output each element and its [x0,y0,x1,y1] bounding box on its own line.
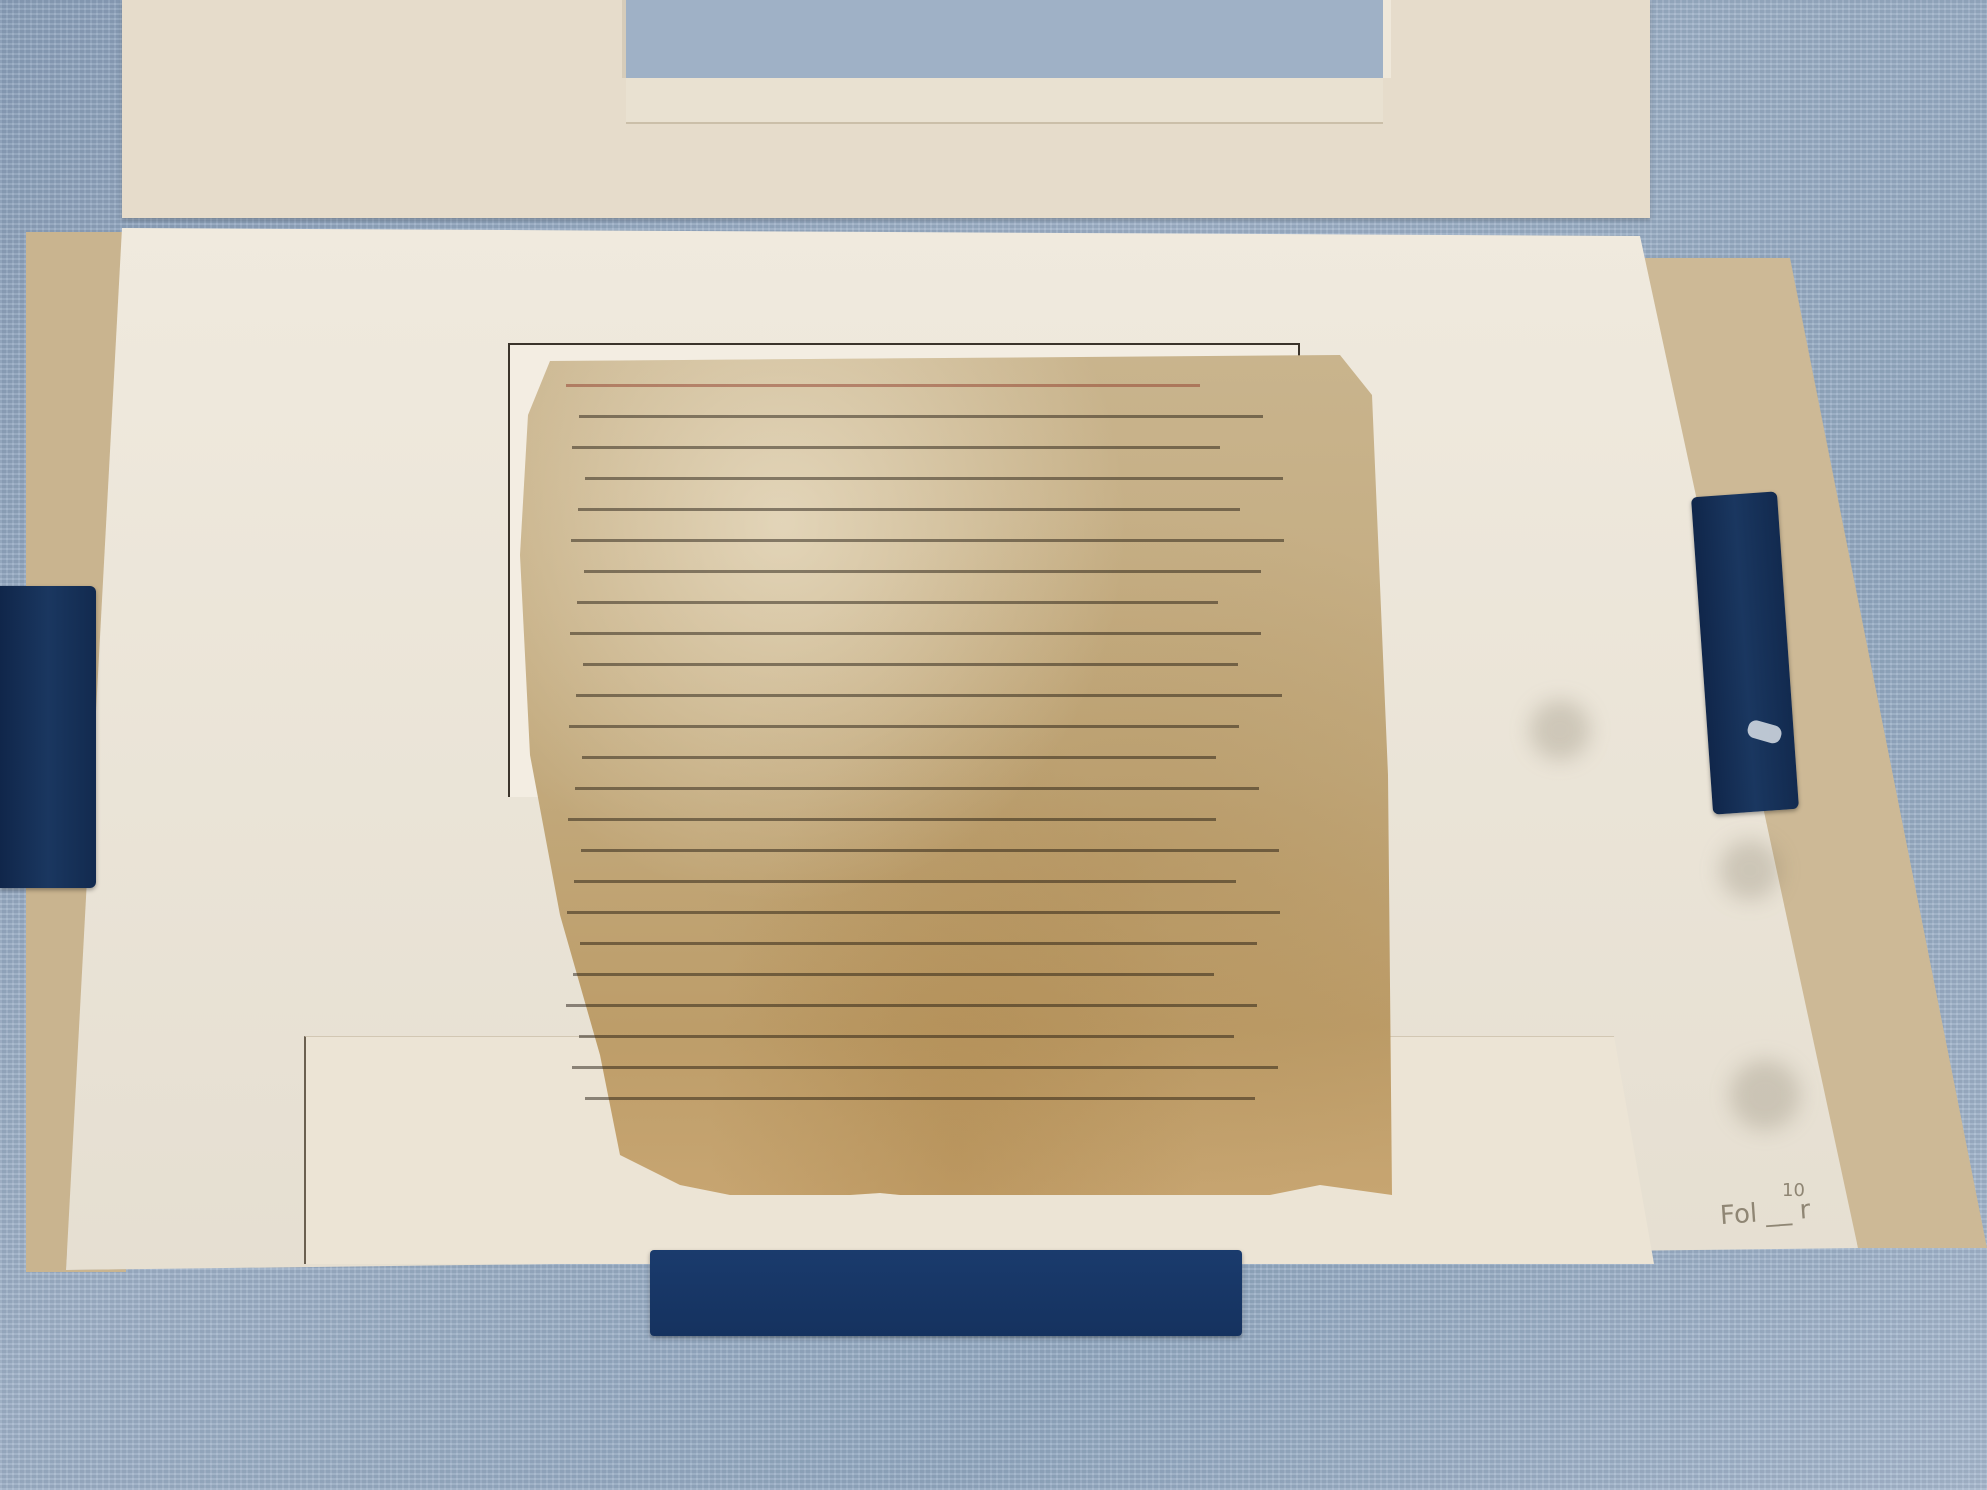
ink-stroke [566,1004,1257,1007]
manuscript-text-block [566,365,1286,1109]
mat-stain [1720,840,1780,900]
ink-stroke [583,663,1238,666]
manuscript-line [566,768,1286,799]
manuscript-line [566,923,1286,954]
manuscript-line [566,954,1286,985]
upper-mat-board [122,0,1650,218]
upper-mat-window [622,0,1391,78]
ink-stroke [573,973,1214,976]
ink-stroke [585,477,1283,480]
ink-stroke [582,756,1216,759]
ink-stroke [572,1066,1278,1069]
pencil-folio-annotation: Fol __ r [1719,1195,1811,1231]
ink-stroke [585,1097,1255,1100]
blue-tape-left [0,586,96,888]
ink-stroke [570,632,1261,635]
rubric-line [566,365,1286,396]
manuscript-line [566,489,1286,520]
manuscript-line [566,892,1286,923]
ink-stroke [574,880,1236,883]
folio-suffix: r [1799,1195,1812,1226]
ink-stroke [584,570,1261,573]
manuscript-line [566,396,1286,427]
manuscript-line [566,644,1286,675]
manuscript-line [566,737,1286,768]
upper-mat-window-lip [626,78,1383,124]
ink-stroke [577,601,1218,604]
manuscript-line [566,582,1286,613]
manuscript-line [566,830,1286,861]
ink-stroke [572,446,1220,449]
tape-residue [1746,718,1784,745]
ink-stroke [575,787,1259,790]
ink-stroke [567,911,1280,914]
manuscript-line [566,1078,1286,1109]
ink-stroke [568,818,1216,821]
ink-stroke [571,539,1284,542]
ink-stroke [578,508,1240,511]
ink-stroke [581,849,1279,852]
blue-tape-bottom [650,1250,1242,1336]
manuscript-line [566,613,1286,644]
ink-stroke [576,694,1282,697]
manuscript-line [566,1016,1286,1047]
ink-stroke [566,384,1200,387]
mat-stain [1730,1060,1800,1130]
mat-stain [1530,700,1590,760]
manuscript-line [566,706,1286,737]
ink-stroke [569,725,1239,728]
manuscript-line [566,551,1286,582]
manuscript-line [566,985,1286,1016]
manuscript-line [566,427,1286,458]
ink-stroke [579,415,1263,418]
manuscript-line [566,1047,1286,1078]
ink-stroke [580,942,1257,945]
manuscript-line [566,520,1286,551]
manuscript-line [566,675,1286,706]
folio-label: Fol [1719,1199,1758,1232]
manuscript-line [566,458,1286,489]
manuscript-line [566,799,1286,830]
ink-stroke [579,1035,1234,1038]
manuscript-line [566,861,1286,892]
